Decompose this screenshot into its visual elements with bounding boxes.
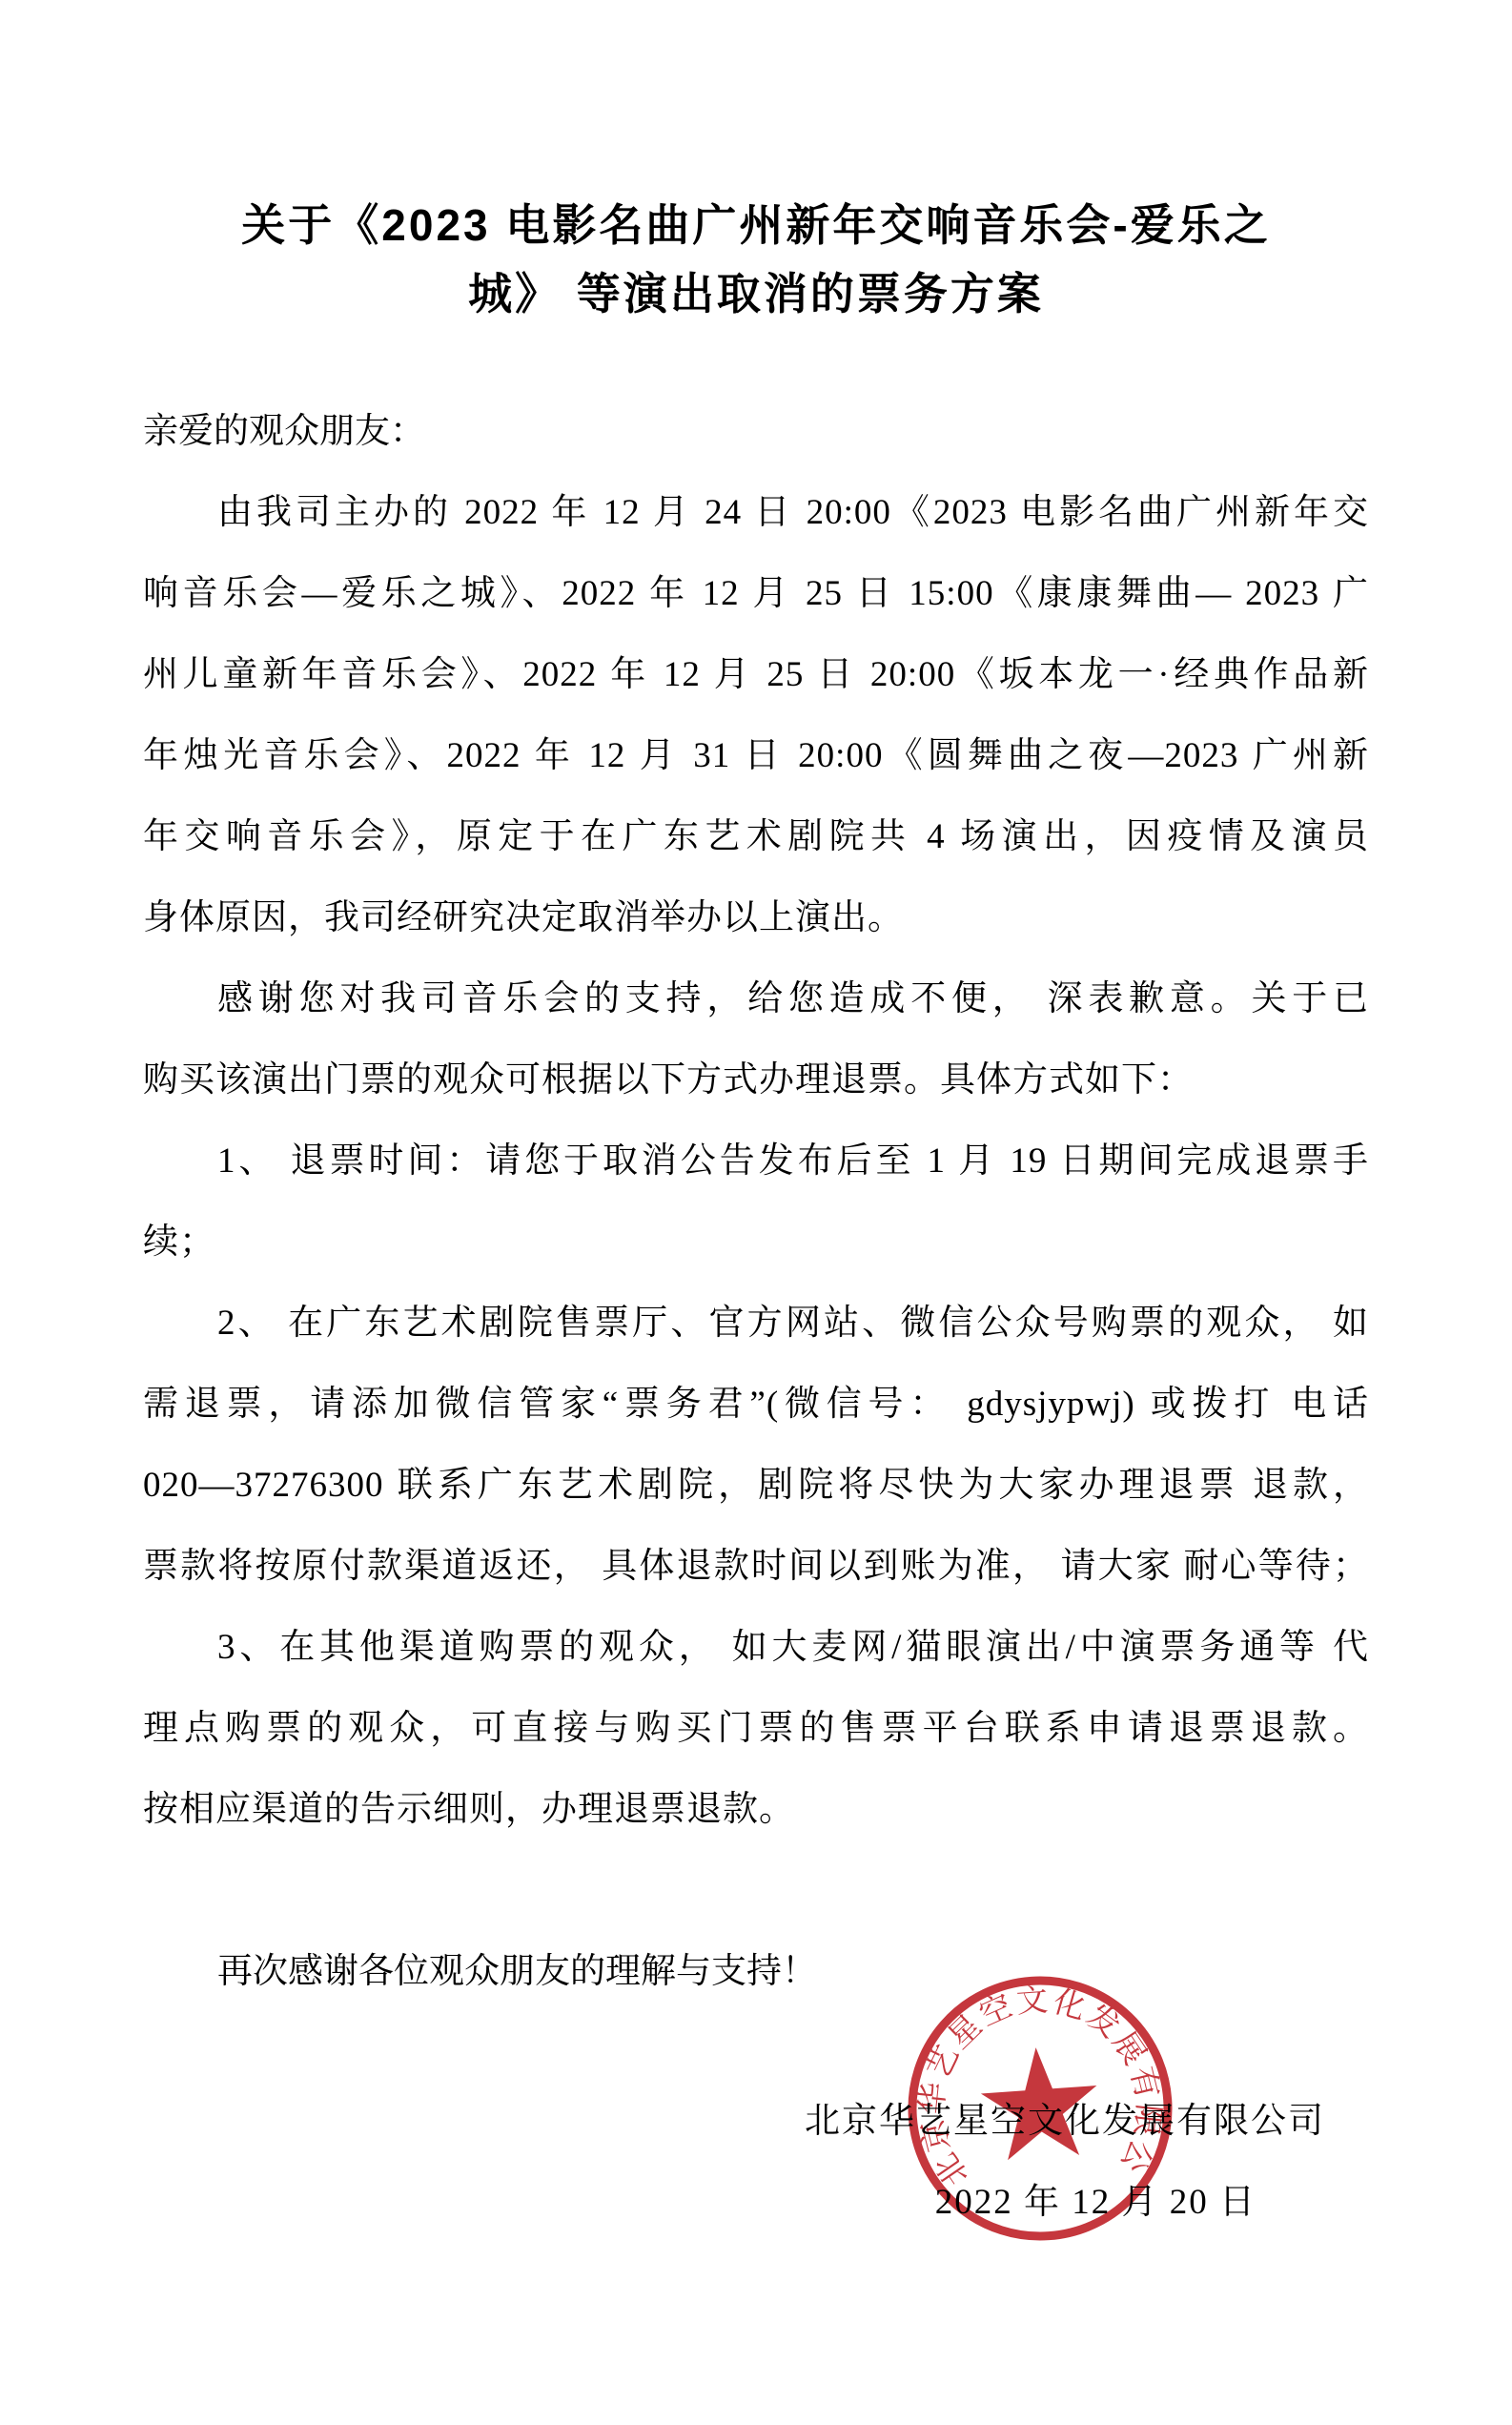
body-line: 需退票，请添加微信管家“票务君”(微信号： gdysjypwj) 或拨打 电话 (143, 1364, 1369, 1445)
document-content: 关于《2023 电影名曲广州新年交响音乐会-爱乐之 城》 等演出取消的票务方案 … (0, 0, 1512, 2243)
body-line: 响音乐会—爱乐之城》、2022 年 12 月 25 日 15:00《康康舞曲— … (143, 553, 1369, 634)
page-title: 关于《2023 电影名曲广州新年交响音乐会-爱乐之 城》 等演出取消的票务方案 (143, 0, 1369, 328)
body-line: 年烛光音乐会》、2022 年 12 月 31 日 20:00《圆舞曲之夜—202… (143, 715, 1369, 796)
document-date: 2022 年 12 月 20 日 (143, 2162, 1369, 2243)
body-line: 理点购票的观众，可直接与购买门票的售票平台联系申请退票退款。 (143, 1688, 1369, 1769)
closing-line: 再次感谢各位观众朋友的理解与支持！ (143, 1931, 1369, 2012)
page-title-line-2: 城》 等演出取消的票务方案 (143, 259, 1369, 328)
body-line: 年交响音乐会》，原定于在广东艺术剧院共 4 场演出，因疫情及演员 (143, 796, 1369, 877)
body-line: 州儿童新年音乐会》、2022 年 12 月 25 日 20:00《坂本龙一·经典… (143, 634, 1369, 715)
body-line: 020—37276300 联系广东艺术剧院，剧院将尽快为大家办理退票 退款， (143, 1445, 1369, 1526)
body-line: 购买该演出门票的观众可根据以下方式办理退票。具体方式如下： (143, 1039, 1369, 1120)
body-line: 1、 退票时间：请您于取消公告发布后至 1 月 19 日期间完成退票手 (143, 1120, 1369, 1202)
page-title-line-1: 关于《2023 电影名曲广州新年交响音乐会-爱乐之 (143, 191, 1369, 259)
salutation: 亲爱的观众朋友： (143, 391, 1369, 472)
body-line: 由我司主办的 2022 年 12 月 24 日 20:00《2023 电影名曲广… (143, 472, 1369, 553)
body-line: 感谢您对我司音乐会的支持，给您造成不便， 深表歉意。关于已 (143, 958, 1369, 1039)
body-line: 身体原因，我司经研究决定取消举办以上演出。 (143, 877, 1369, 958)
body-line: 续； (143, 1202, 1369, 1283)
company-signature: 北京华艺星空文化发展有限公司 (143, 2081, 1369, 2162)
body-line: 3、在其他渠道购票的观众， 如大麦网/猫眼演出/中演票务通等 代 (143, 1607, 1369, 1688)
body-line: 票款将按原付款渠道返还， 具体退款时间以到账为准， 请大家 耐心等待； (143, 1526, 1369, 1607)
body-line: 按相应渠道的告示细则，办理退票退款。 (143, 1769, 1369, 1850)
body-lines: 由我司主办的 2022 年 12 月 24 日 20:00《2023 电影名曲广… (143, 472, 1369, 1850)
body-line: 2、 在广东艺术剧院售票厅、官方网站、微信公众号购票的观众， 如 (143, 1283, 1369, 1364)
notice-document-page: 关于《2023 电影名曲广州新年交响音乐会-爱乐之 城》 等演出取消的票务方案 … (0, 0, 1512, 2425)
